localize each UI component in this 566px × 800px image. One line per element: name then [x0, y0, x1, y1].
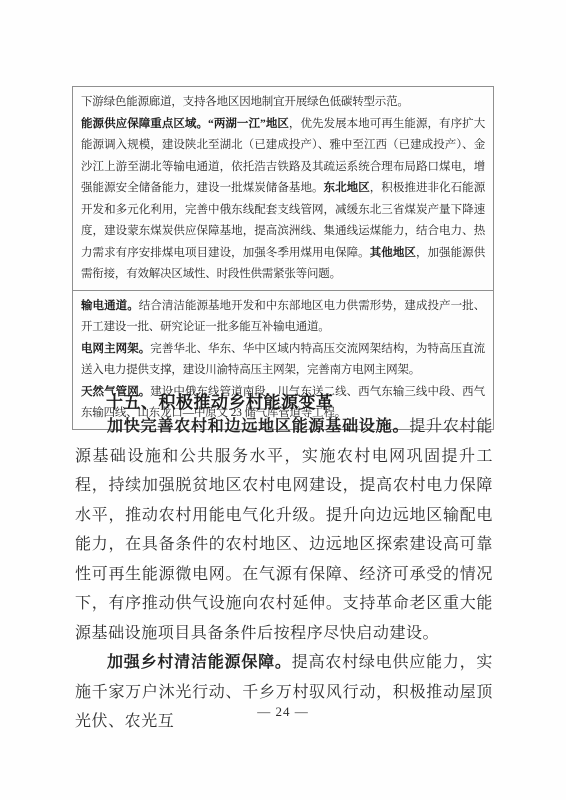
text-run: 下游绿色能源廊道，支持各地区因地制宜开展绿色低碳转型示范。: [81, 96, 409, 108]
document-page: 下游绿色能源廊道，支持各地区因地制宜开展绿色低碳转型示范。 能源供应保障重点区域…: [0, 0, 566, 800]
body-paragraph: 加强乡村清洁能源保障。提高农村绿电供应能力，实施千家万户沐光行动、千乡万村驭风行…: [75, 648, 493, 737]
bold-lead-transmission-corridors: 输电通道。: [81, 300, 139, 312]
paragraph: 输电通道。结合清洁能源基地开发和中东部地区电力供需形势，建成投产一批、开工建设一…: [81, 296, 485, 339]
body-paragraph: 加快完善农村和边远地区能源基础设施。提升农村能源基础设施和公共服务水平，实施农村…: [75, 412, 493, 648]
text-run: 提升农村能源基础设施和公共服务水平，实施农村电网巩固提升工程，持续加强脱贫地区农…: [75, 418, 493, 642]
bold-lead-rural-clean-energy: 加强乡村清洁能源保障。: [107, 654, 292, 671]
page-number-label: — 24 —: [0, 704, 566, 720]
section-heading-rural-energy-reform: 十五、积极推动乡村能源变革: [75, 388, 524, 413]
paragraph: 能源供应保障重点区域。“两湖一江”地区，优先发展本地可再生能源，有序扩大能源调入…: [81, 114, 485, 286]
paragraph: 下游绿色能源廊道，支持各地区因地制宜开展绿色低碳转型示范。: [81, 92, 485, 114]
text-run: 结合清洁能源基地开发和中东部地区电力供需形势，建成投产一批、开工建设一批、研究论…: [81, 300, 485, 334]
table-cell-supply-regions: 下游绿色能源廊道，支持各地区因地制宜开展绿色低碳转型示范。 能源供应保障重点区域…: [73, 87, 493, 290]
paragraph: 电网主网架。完善华北、华东、华中区域内特高压交流网架结构，为特高压直流送入电力提…: [81, 339, 485, 382]
bold-lead-main-grid: 电网主网架。: [81, 343, 150, 355]
bold-lead-other-regions: 其他地区: [370, 247, 416, 259]
energy-supply-key-tasks-table: 下游绿色能源廊道，支持各地区因地制宜开展绿色低碳转型示范。 能源供应保障重点区域…: [72, 86, 494, 430]
section-body: 加快完善农村和边远地区能源基础设施。提升农村能源基础设施和公共服务水平，实施农村…: [75, 412, 493, 737]
bold-lead-northeast-region: 东北地区: [324, 182, 370, 194]
bold-lead-rural-infrastructure: 加快完善农村和边远地区能源基础设施。: [107, 418, 409, 435]
bold-lead-supply-regions: 能源供应保障重点区域。“两湖一江”地区: [81, 118, 289, 130]
